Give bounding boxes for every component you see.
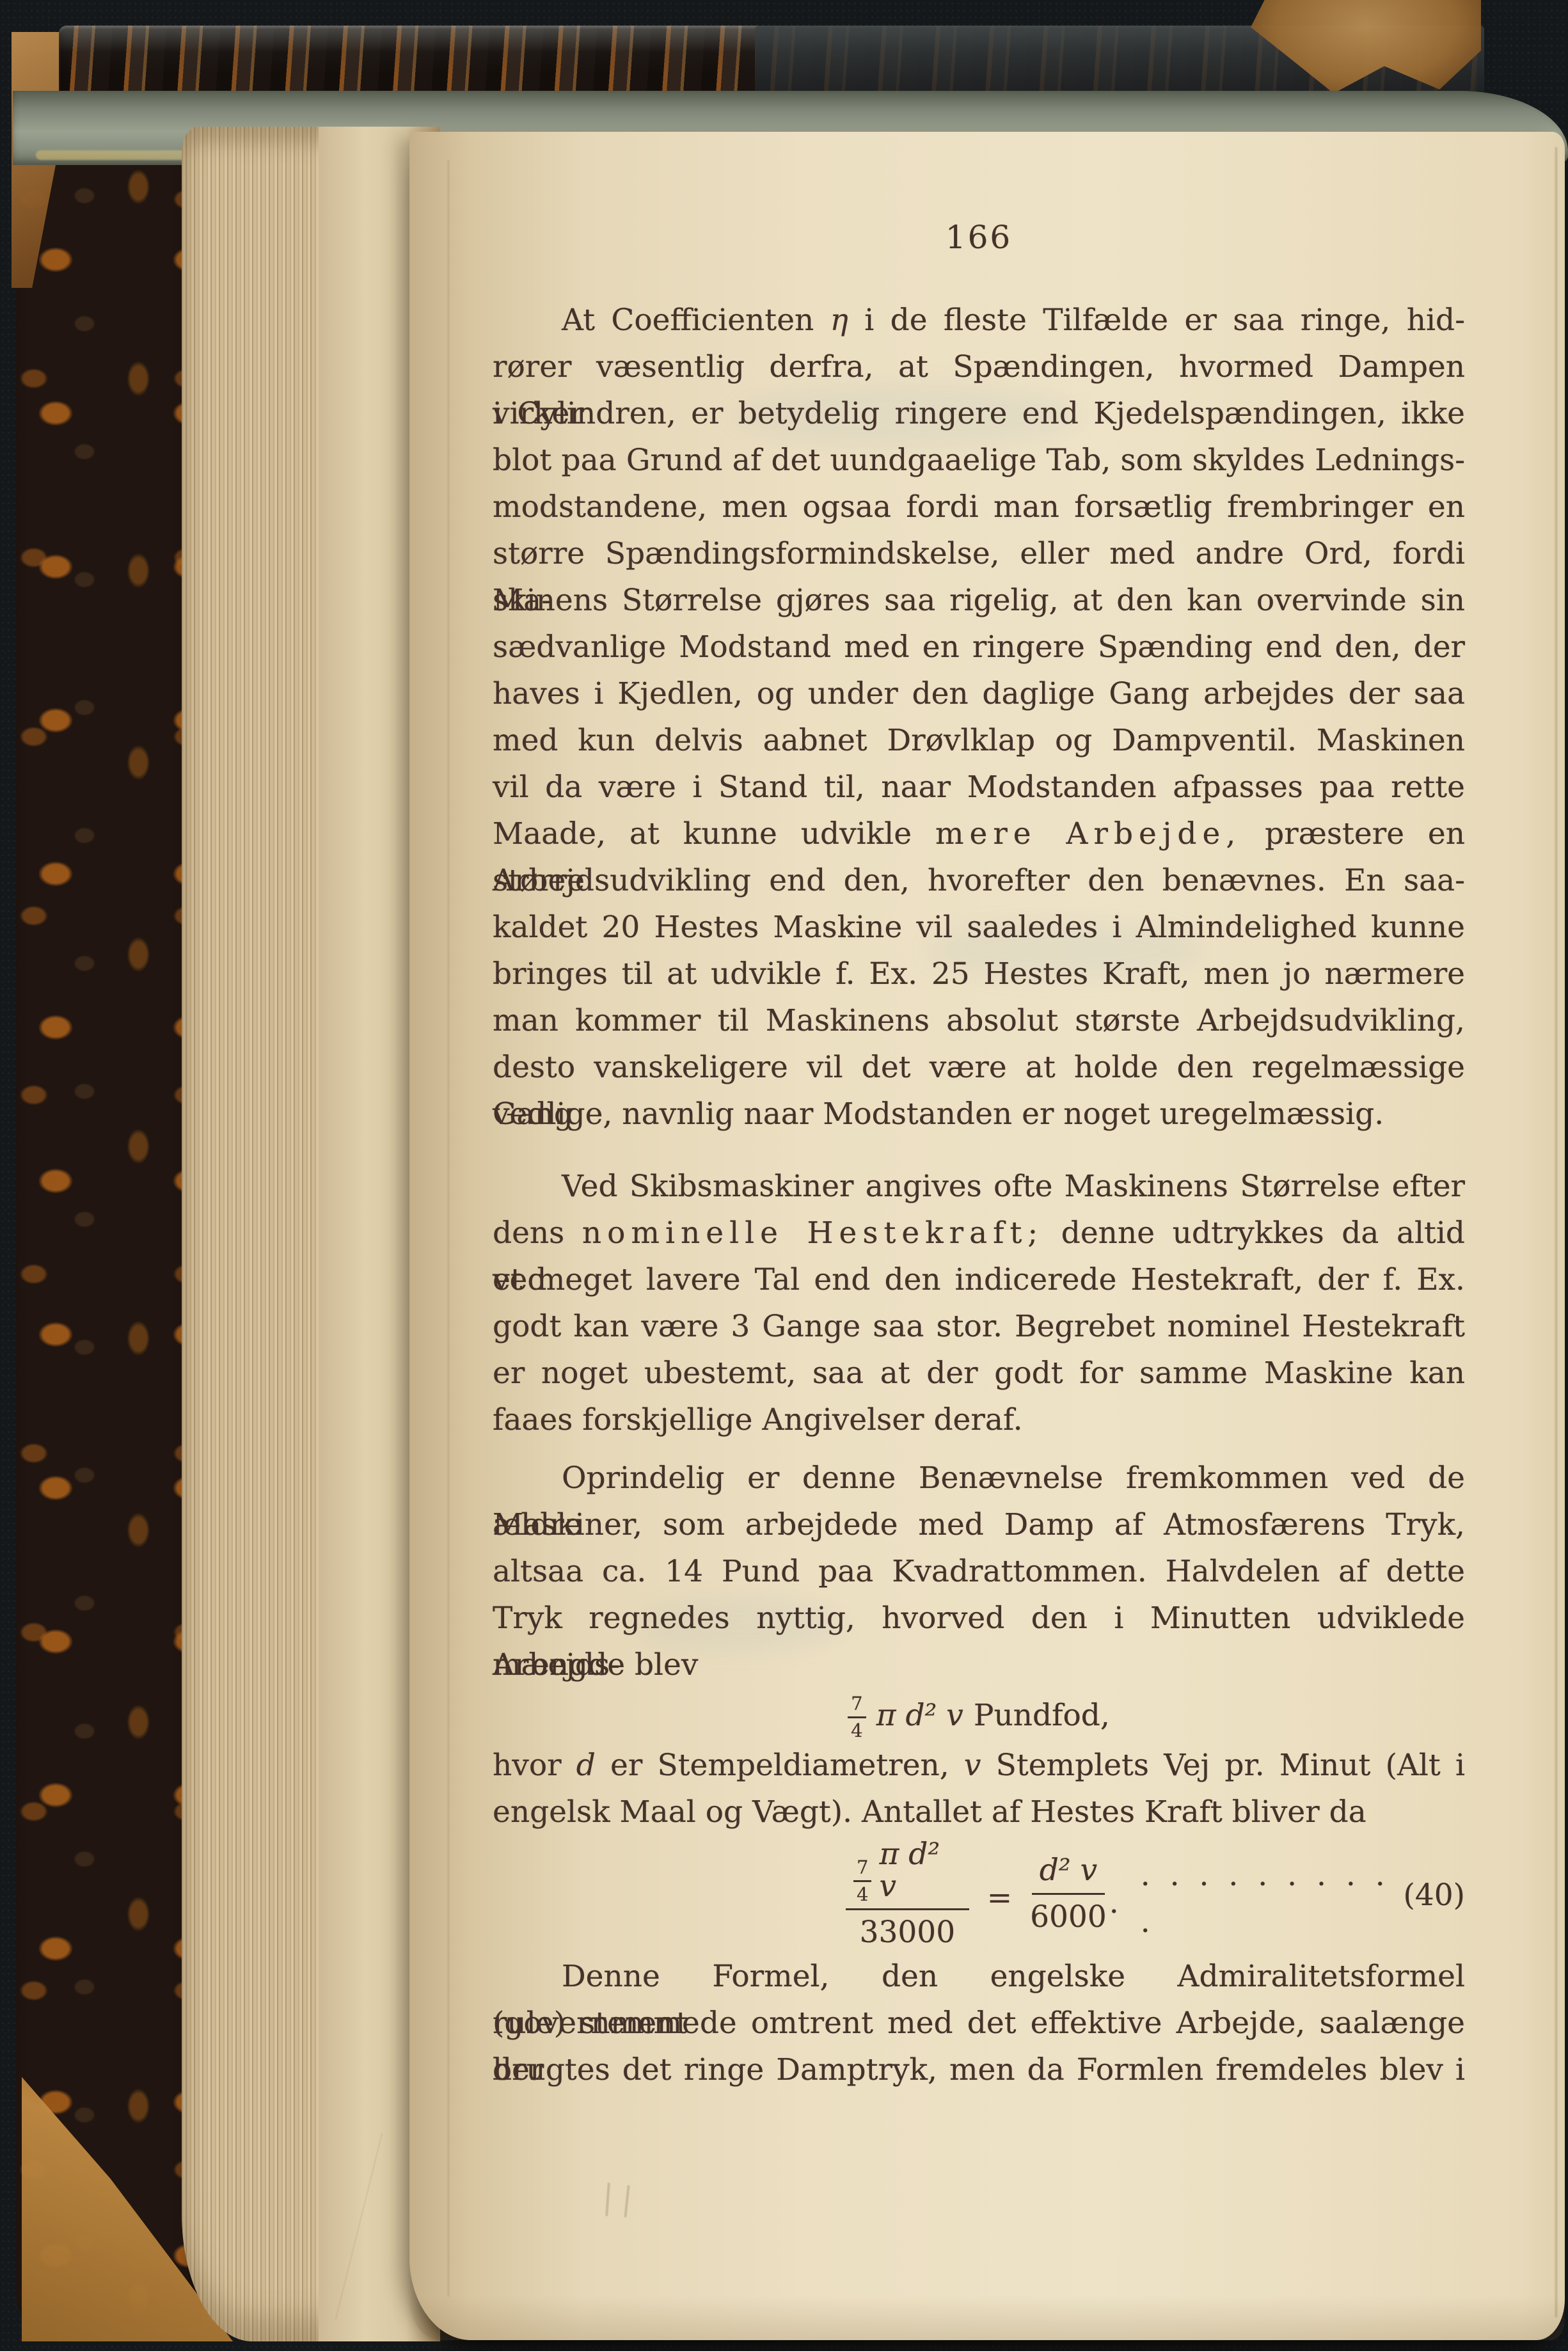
emphasized-spaced-text: nominelle Hestekraft; — [582, 1215, 1043, 1251]
text-line: Arbejdsudvikling end den, hvorefter den … — [493, 857, 1465, 904]
text-line: vil da være i Stand til, naar Modstanden… — [493, 764, 1465, 811]
text-run: dens — [493, 1215, 582, 1251]
variable-v: v — [964, 1748, 981, 1783]
formula-pundfod: 74 π d² v Pundfod, — [493, 1688, 1465, 1742]
text-line: Oprindelig er denne Benævnelse fremkomme… — [493, 1455, 1465, 1501]
text-line: sædvanlige Modstand med en ringere Spænd… — [493, 624, 1465, 670]
equals-sign: = — [987, 1874, 1012, 1921]
text-line: et meget lavere Tal end den indicerede H… — [493, 1256, 1465, 1303]
text-line: kaldet 20 Hestes Maskine vil saaledes i … — [493, 904, 1465, 951]
text-line: mængde blev — [493, 1642, 1465, 1688]
emphasized-spaced-text: mere Arbejde, — [935, 816, 1241, 851]
text-run: Maade, at kunne udvikle — [493, 816, 935, 851]
fraction-denominator: 6000 — [1030, 1895, 1107, 1933]
text-line: blot paa Grund af det uundgaaelige Tab, … — [493, 437, 1465, 484]
variable-d: d — [576, 1748, 596, 1783]
fraction-seven-fourths: 74 — [848, 1695, 866, 1740]
text-line: Maade, at kunne udvikle mere Arbejde, pr… — [493, 811, 1465, 857]
paragraph-1: At Coefficienten η i de fleste Tilfælde … — [493, 297, 1465, 1137]
text-run: At Coefficienten — [562, 303, 830, 338]
text-line: vedlige, navnlig naar Modstanden er noge… — [493, 1091, 1465, 1137]
text-line: godt kan være 3 Gange saa stor. Begrebet… — [493, 1303, 1465, 1350]
text-line: med kun delvis aabnet Drøvlklap og Dampv… — [493, 717, 1465, 764]
formula-horsepower-equation: 74π d² v 33000 = d² v 6000 . . . . . . .… — [493, 1846, 1465, 1942]
fraction-numerator: 74π d² v — [846, 1839, 969, 1910]
text-column: 166 At Coefficienten η i de fleste Tilfæ… — [493, 215, 1465, 2093]
paragraph-2: Ved Skibsmaskiner angives ofte Maskinens… — [493, 1163, 1465, 1443]
text-line: brugtes det ringe Damptryk, men da Forml… — [493, 2046, 1465, 2093]
greek-eta-symbol: η — [830, 303, 848, 338]
book-cover-spine — [15, 52, 202, 2327]
text-line: bringes til at udvikle f. Ex. 25 Hestes … — [493, 951, 1465, 997]
fraction-numerator: d² v — [1032, 1855, 1105, 1894]
equation-left-fraction: 74π d² v 33000 — [846, 1839, 969, 1948]
text-line: At Coefficienten η i de fleste Tilfælde … — [493, 297, 1465, 344]
text-line: Tryk regnedes nyttig, hvorved den i Minu… — [493, 1595, 1465, 1642]
formula-unit-label: Pundfod, — [974, 1692, 1110, 1739]
text-line: i Cylindren, er betydelig ringere end Kj… — [493, 390, 1465, 437]
text-line: faaes forskjellige Angivelser deraf. — [493, 1397, 1465, 1443]
fraction-seven-fourths: 74 — [853, 1858, 871, 1904]
fraction-denominator: 33000 — [860, 1910, 956, 1948]
fraction-denominator: 4 — [851, 1718, 862, 1740]
equation-number: (40) — [1404, 1872, 1465, 1919]
text-run: er Stempeldiametren, — [596, 1748, 964, 1783]
dotted-leader: . . . . . . . . . . — [1141, 1852, 1404, 1945]
text-line: dens nominelle Hestekraft; denne udtrykk… — [493, 1210, 1465, 1256]
text-line: desto vanskeligere vil det være at holde… — [493, 1044, 1465, 1091]
page-number: 166 — [493, 215, 1465, 260]
text-line: Denne Formel, den engelske Admiralitetsf… — [493, 1953, 1465, 2000]
text-line: haves i Kjedlen, og under den daglige Ga… — [493, 670, 1465, 717]
text-line: større Spændingsformindskelse, eller med… — [493, 530, 1465, 577]
fraction-numerator: 7 — [853, 1858, 871, 1882]
text-run: hvor — [493, 1748, 576, 1783]
formula-variables: π d² v — [876, 1692, 963, 1739]
period: . — [1109, 1880, 1119, 1926]
text-run: Stemplets Vej pr. Minut (Alt i — [981, 1748, 1465, 1783]
text-line: altsaa ca. 14 Pund paa Kvadrattommen. Ha… — [493, 1548, 1465, 1595]
text-line: rører væsentlig derfra, at Spændingen, h… — [493, 344, 1465, 390]
fraction-denominator: 4 — [857, 1882, 868, 1904]
text-run: i de fleste Tilfælde er saa ringe, hid- — [848, 303, 1465, 338]
text-line: er noget ubestemt, saa at der godt for s… — [493, 1350, 1465, 1397]
text-line: hvor d er Stempeldiametren, v Stemplets … — [493, 1742, 1465, 1789]
text-line: skinens Størrelse gjøres saa rigelig, at… — [493, 577, 1465, 624]
book-scan: 166 At Coefficienten η i de fleste Tilfæ… — [0, 0, 1568, 2351]
text-line: engelsk Maal og Vægt). Antallet af Heste… — [493, 1789, 1465, 1835]
equation-right-fraction: d² v 6000 — [1030, 1855, 1107, 1933]
paragraph-3: Oprindelig er denne Benævnelse fremkomme… — [493, 1455, 1465, 1688]
text-line: modstandene, men ogsaa fordi man forsætl… — [493, 484, 1465, 530]
paragraph-4: Denne Formel, den engelske Admiralitetsf… — [493, 1953, 1465, 2093]
fraction-numerator: 7 — [848, 1695, 866, 1718]
text-line: man kommer til Maskinens absolut største… — [493, 997, 1465, 1044]
page-gutter-crease — [448, 160, 449, 2297]
formula-variables: π d² v — [879, 1839, 961, 1902]
page-stack-edges — [182, 127, 440, 2341]
text-line: Maskiner, som arbejdede med Damp af Atmo… — [493, 1501, 1465, 1548]
text-line: rule) stemmede omtrent med det effektive… — [493, 2000, 1465, 2046]
text-line: Ved Skibsmaskiner angives ofte Maskinens… — [493, 1163, 1465, 1210]
